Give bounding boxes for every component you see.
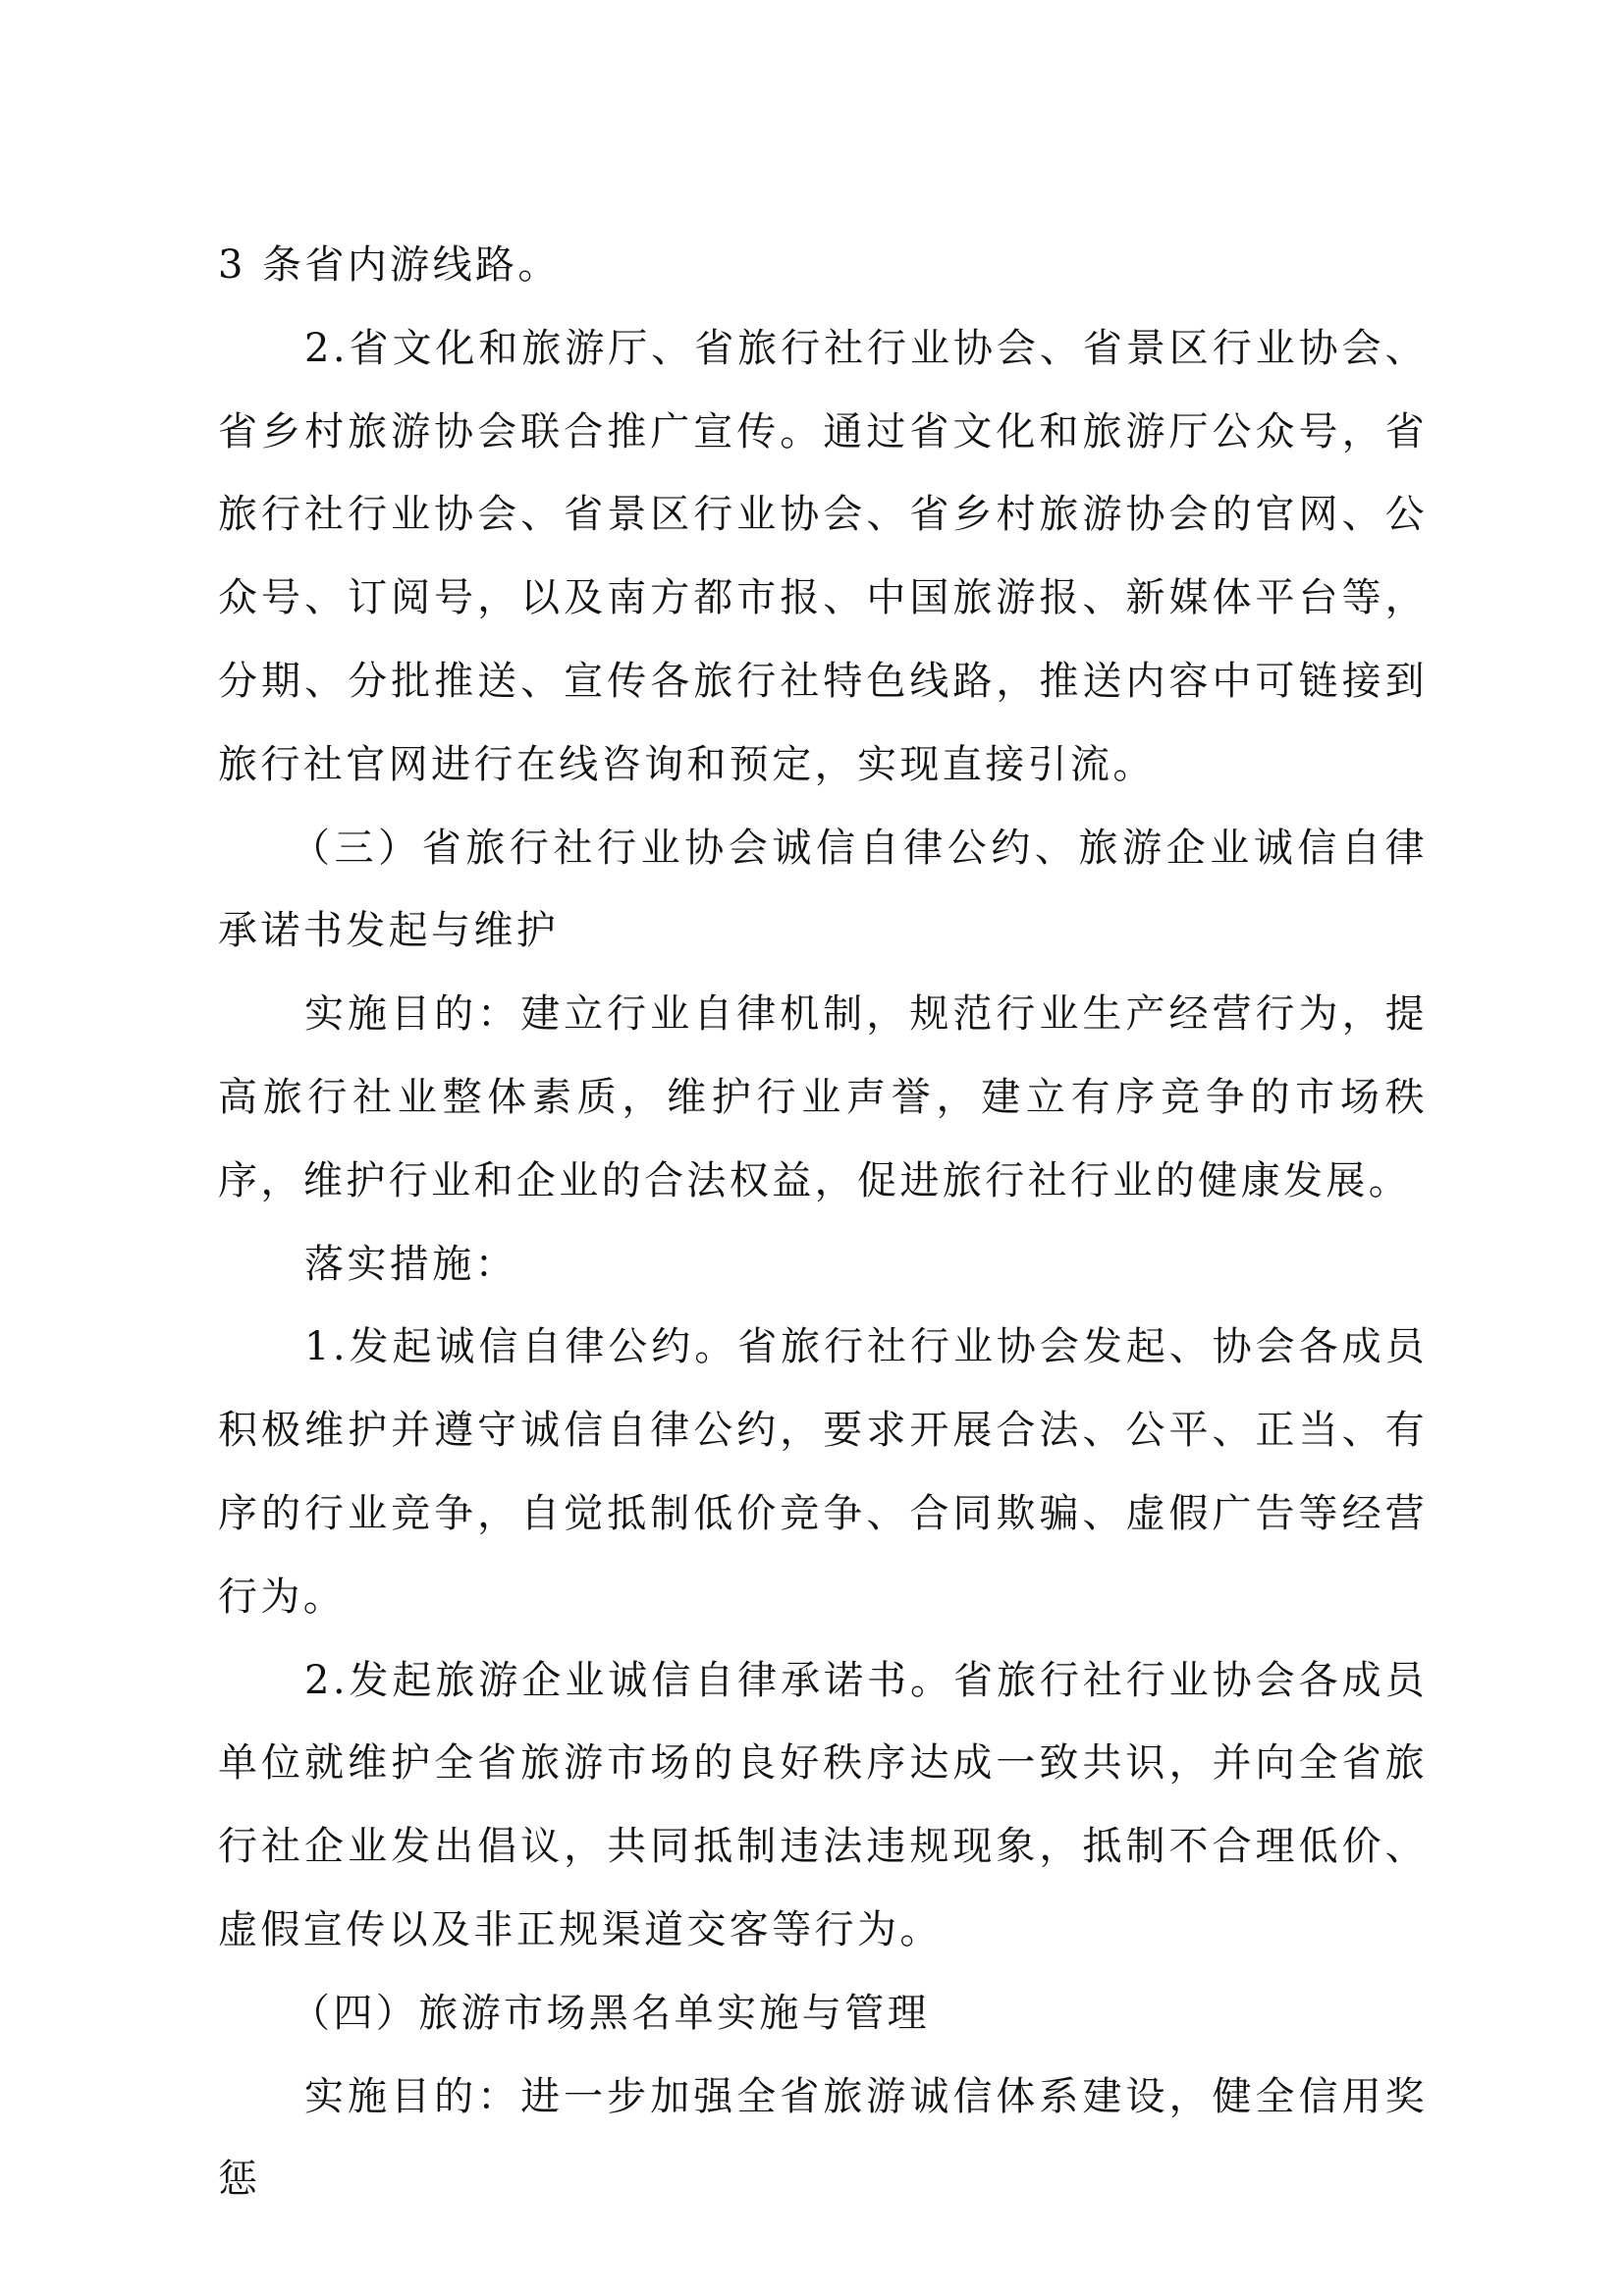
document-page: 3 条省内游线路。 2.省文化和旅游厅、省旅行社行业协会、省景区行业协会、省乡村… [218,224,1428,2221]
paragraph-purpose-4: 实施目的：进一步加强全省旅游诚信体系建设，健全信用奖惩 [218,2056,1428,2222]
paragraph-measure-2: 2.发起旅游企业诚信自律承诺书。省旅行社行业协会各成员单位就维护全省旅游市场的良… [218,1639,1428,1972]
section-heading-3: （三）省旅行社行业协会诚信自律公约、旅游企业诚信自律承诺书发起与维护 [218,807,1428,974]
paragraph-joint-promotion: 2.省文化和旅游厅、省旅行社行业协会、省景区行业协会、省乡村旅游协会联合推广宣传… [218,307,1428,807]
paragraph-purpose-3: 实施目的：建立行业自律机制，规范行业生产经营行为，提高旅行社业整体素质，维护行业… [218,973,1428,1222]
paragraph-measure-1: 1.发起诚信自律公约。省旅行社行业协会发起、协会各成员积极维护并遵守诚信自律公约… [218,1306,1428,1638]
section-heading-4: （四）旅游市场黑名单实施与管理 [218,1972,1428,2056]
paragraph-continuation: 3 条省内游线路。 [218,224,1428,307]
paragraph-measures-label: 落实措施： [218,1223,1428,1307]
